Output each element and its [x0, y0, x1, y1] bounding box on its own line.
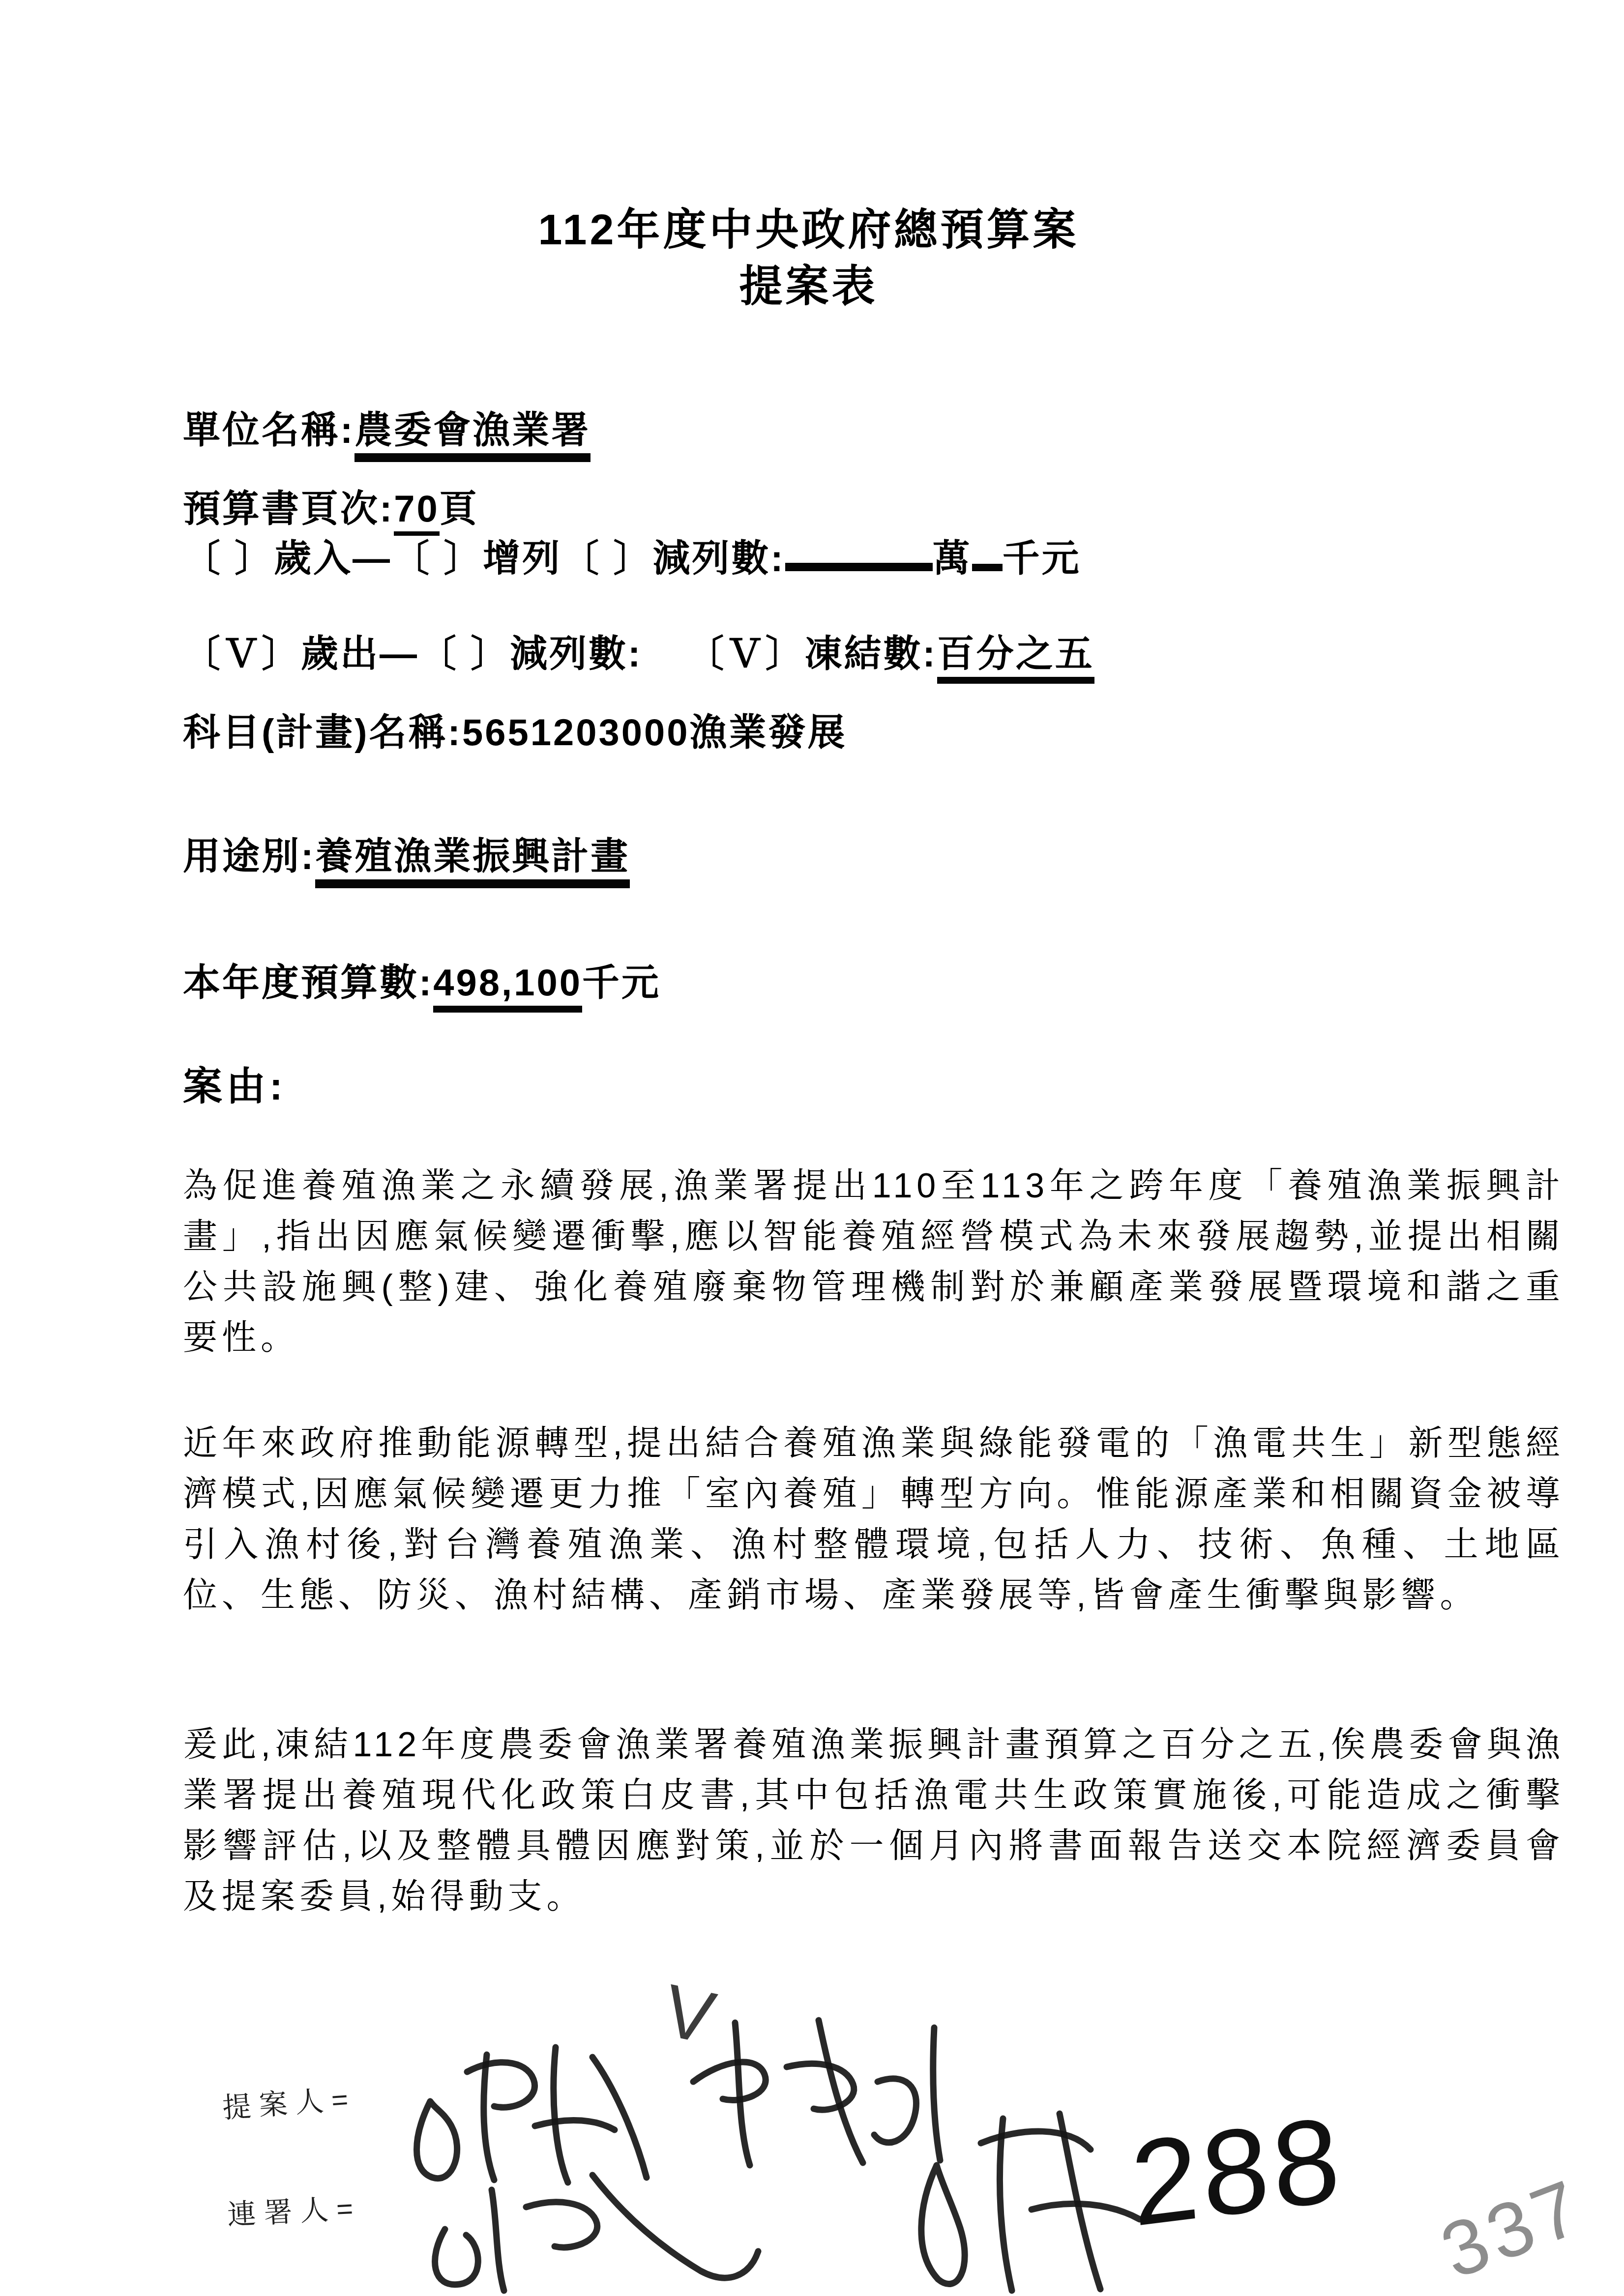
revenue-amount-blank	[785, 534, 933, 571]
scanned-document-page: 112年度中央政府總預算案 提案表 單位名稱:農委會漁業署 預算書頁次:70頁 …	[0, 0, 1624, 2296]
usage-value: 養殖漁業振興計畫	[315, 836, 630, 888]
subject-row: 科目(計畫)名稱:5651203000漁業發展	[183, 709, 847, 757]
expenditure-checkbox-checked: 〔Ｖ〕	[183, 633, 301, 675]
budget-page-unit: 頁	[440, 488, 479, 530]
current-budget-label: 本年度預算數:	[183, 962, 433, 1004]
expenditure-row: 〔Ｖ〕歲出—〔 〕減列數:〔Ｖ〕凍結數:百分之五	[183, 630, 1094, 679]
revenue-label: 歲入—	[274, 538, 392, 580]
signature-large-right	[921, 2114, 1140, 2291]
signature-proposer-1	[417, 2047, 647, 2182]
revenue-minus-label: 減列數:	[652, 538, 785, 580]
unit-name-row: 單位名稱:農委會漁業署	[183, 407, 591, 455]
subject-value: 5651203000漁業發展	[462, 712, 847, 754]
current-budget-unit: 千元	[582, 962, 661, 1004]
budget-page-row: 預算書頁次:70頁	[183, 485, 479, 534]
freeze-label: 凍結數:	[804, 633, 937, 675]
signature-proposer-2	[693, 2020, 940, 2165]
revenue-minus-checkbox: 〔 〕	[561, 538, 652, 580]
current-budget-value: 498,100	[433, 962, 582, 1013]
expenditure-label: 歲出—	[301, 633, 419, 675]
case-paragraph-1: 為促進養殖漁業之永續發展,漁業署提出110至113年之跨年度「養殖漁業振興計畫」…	[183, 1161, 1565, 1363]
expenditure-minus-checkbox: 〔 〕	[419, 633, 510, 675]
case-heading: 案由:	[183, 1062, 287, 1111]
usage-row: 用途別:養殖漁業振興計畫	[183, 833, 630, 881]
handwritten-number-288: 288	[1127, 2098, 1347, 2244]
revenue-add-label: 增列	[483, 538, 561, 580]
case-paragraph-3: 爰此,凍結112年度農委會漁業署養殖漁業振興計畫預算之百分之五,俟農委會與漁業署…	[183, 1719, 1565, 1922]
subject-label: 科目(計畫)名稱:	[183, 712, 462, 754]
signature-cosigner	[435, 2175, 758, 2291]
document-title-line1: 112年度中央政府總預算案	[0, 203, 1624, 256]
document-title-line2: 提案表	[0, 260, 1624, 312]
expenditure-minus-label: 減列數:	[510, 633, 642, 675]
signature-strokes	[320, 1954, 1598, 2296]
freeze-checkbox-checked: 〔Ｖ〕	[686, 633, 804, 675]
revenue-thousand-blank	[972, 535, 1003, 571]
usage-label: 用途別:	[183, 836, 315, 877]
budget-page-value: 70	[394, 488, 440, 536]
budget-page-label: 預算書頁次:	[183, 488, 394, 530]
revenue-row: 〔 〕歲入—〔 〕增列〔 〕減列數:萬千元	[183, 534, 1081, 583]
unit-name-label: 單位名稱:	[183, 409, 354, 451]
revenue-checkbox: 〔 〕	[183, 538, 274, 580]
current-budget-row: 本年度預算數:498,100千元	[183, 959, 661, 1008]
revenue-qianyuan-unit: 千元	[1003, 538, 1081, 580]
revenue-wan-unit: 萬	[933, 538, 972, 580]
case-paragraph-2: 近年來政府推動能源轉型,提出結合養殖漁業與綠能發電的「漁電共生」新型態經濟模式,…	[183, 1418, 1565, 1621]
revenue-add-checkbox: 〔 〕	[392, 538, 483, 580]
unit-name-value: 農委會漁業署	[354, 409, 591, 462]
freeze-value: 百分之五	[937, 633, 1094, 684]
